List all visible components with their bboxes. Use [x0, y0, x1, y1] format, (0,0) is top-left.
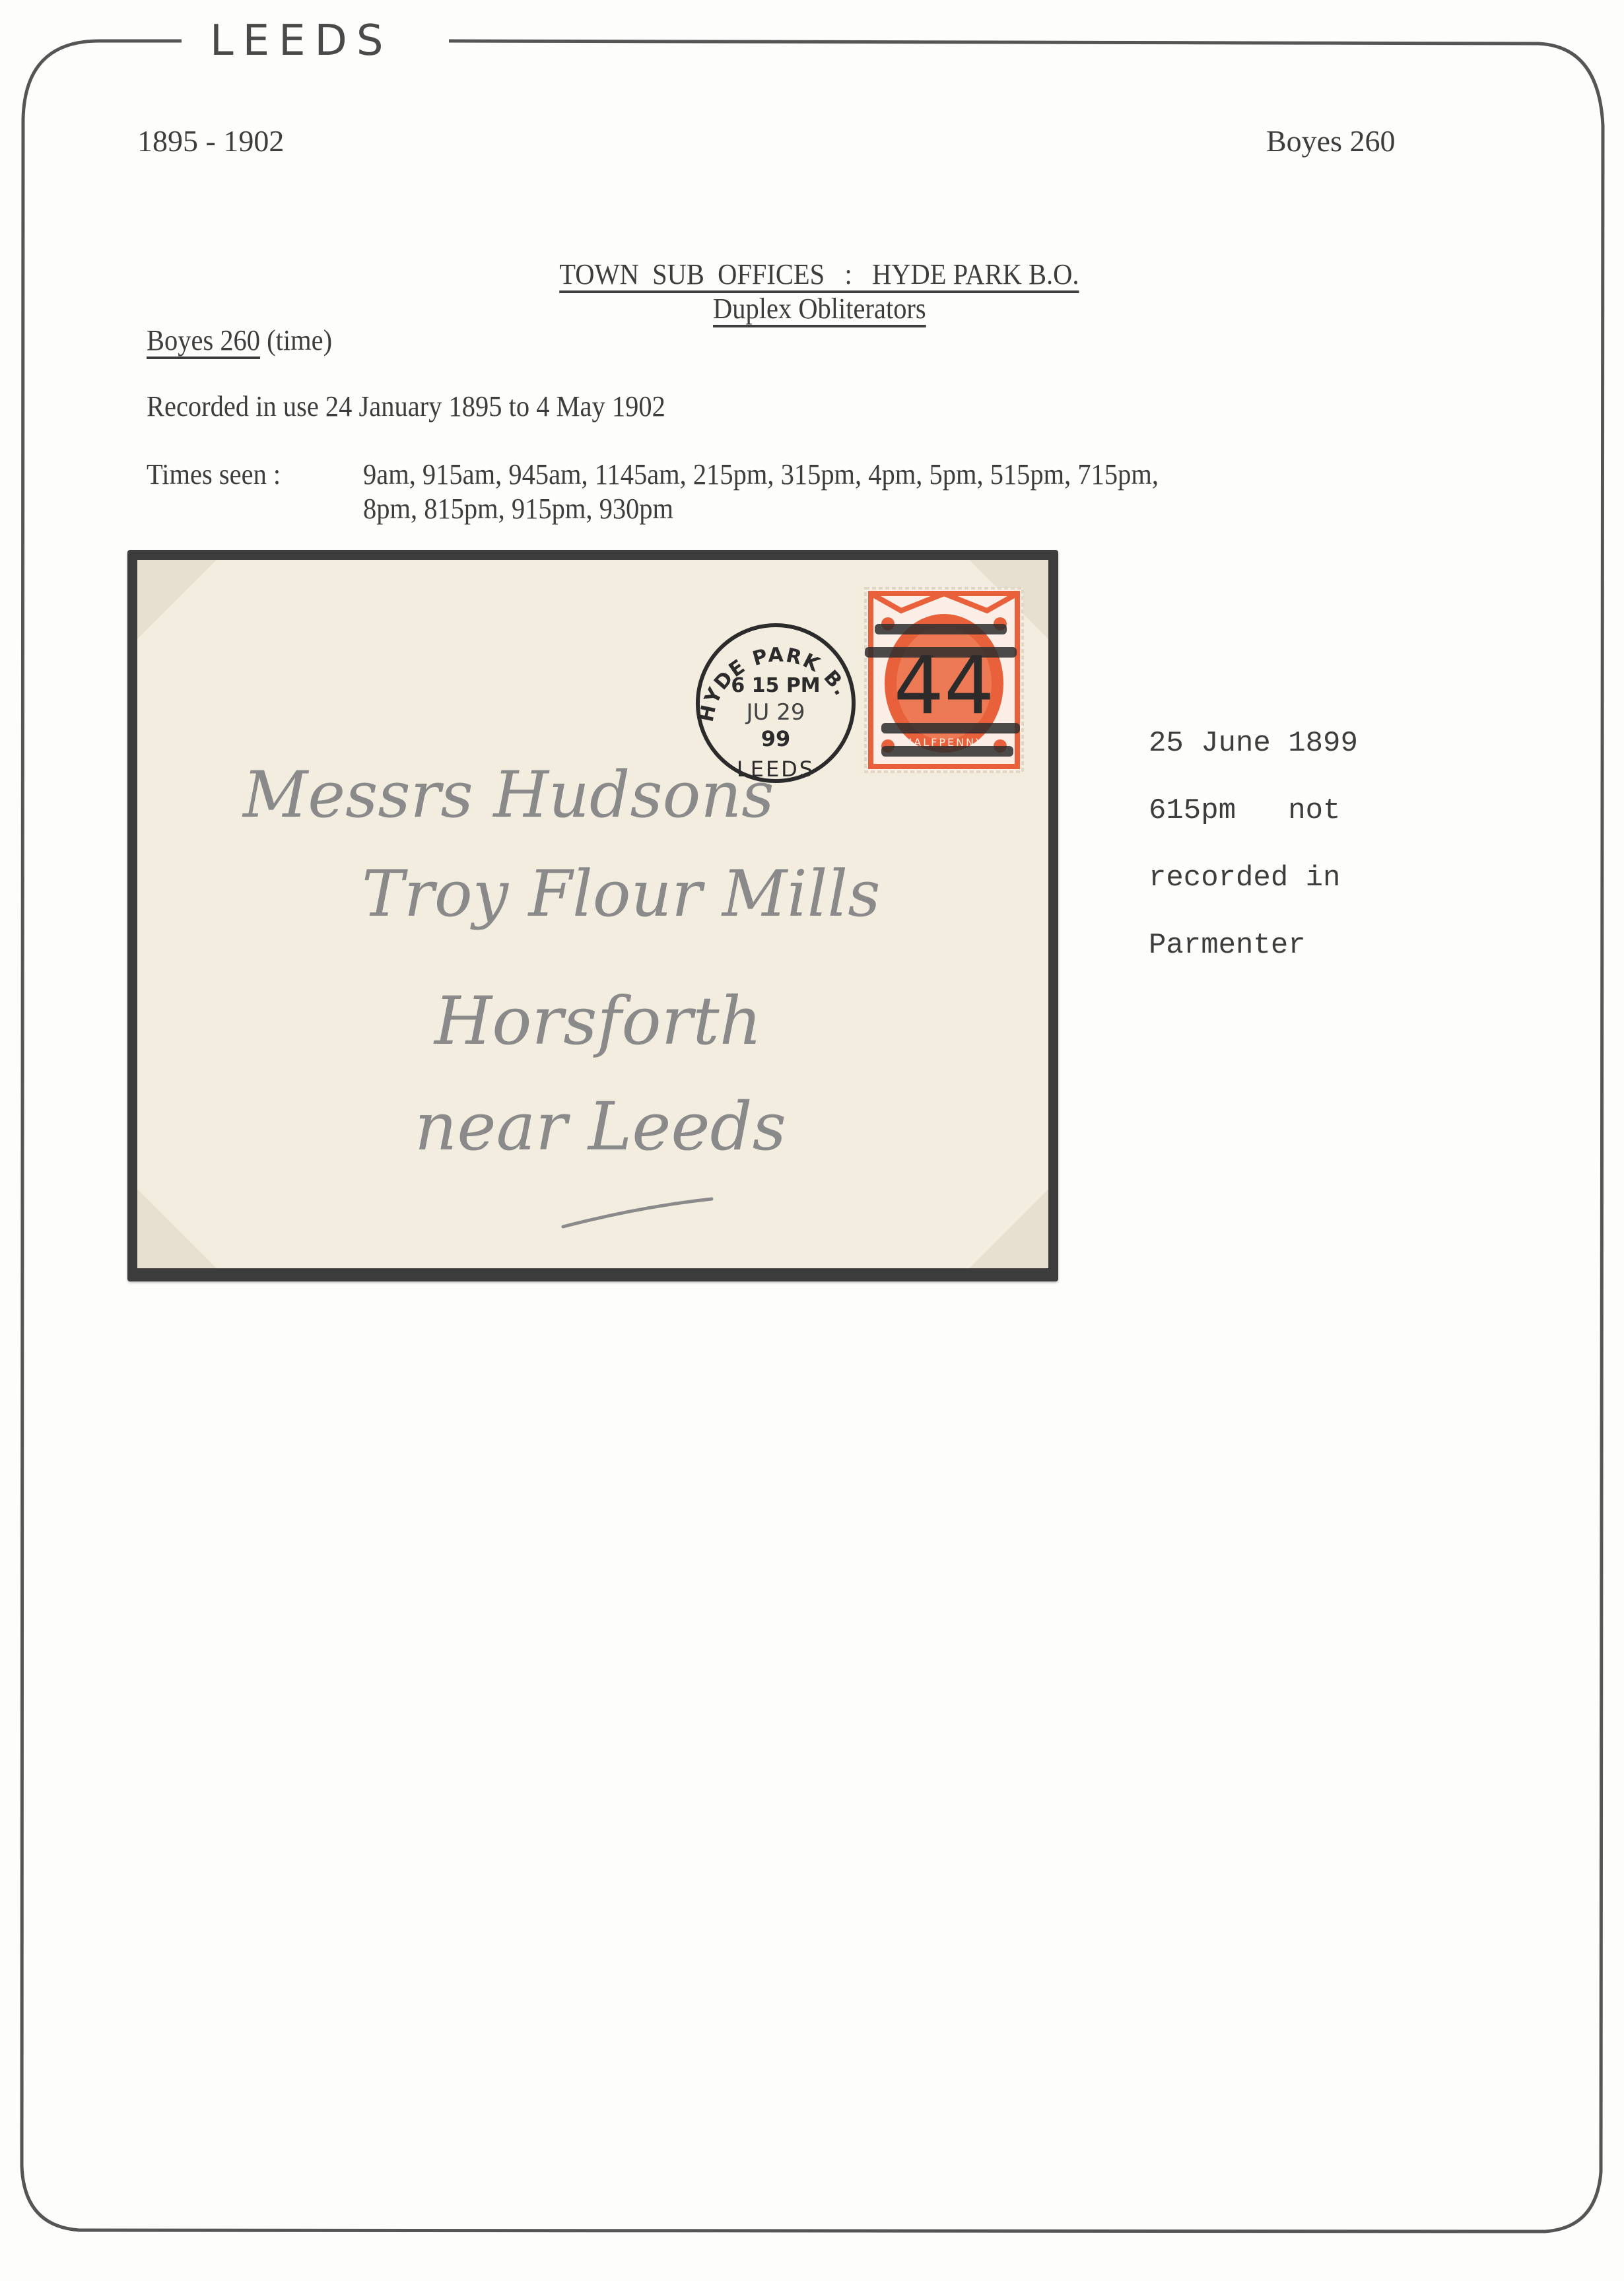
halfpenny-stamp: HALFPENNY 44 — [862, 584, 1027, 776]
postmark-year: 99 — [761, 726, 791, 751]
period-range: 1895 - 1902 — [137, 124, 284, 158]
postmark-cds: HYDE PARK B.O 6 15 PM JU 29 99 LEEDS — [687, 614, 865, 792]
type-ref-suffix: (time) — [260, 324, 332, 357]
type-reference: Boyes 260 (time) — [147, 323, 332, 358]
annotation-source: Parmenter — [1149, 928, 1306, 963]
address-line-3: Horsforth — [434, 982, 762, 1060]
mount-corner — [969, 1189, 1048, 1268]
recorded-use: Recorded in use 24 January 1895 to 4 May… — [147, 390, 665, 424]
times-seen-line-2: 8pm, 815pm, 915pm, 930pm — [363, 492, 673, 526]
times-seen-label: Times seen : — [147, 458, 287, 492]
postmark-date: JU 29 — [745, 699, 805, 726]
mount-corner — [137, 1189, 217, 1268]
page-subheading: Duplex Obliterators — [0, 257, 1624, 326]
annotation-date: 25 June 1899 — [1149, 726, 1358, 761]
underline-stroke — [560, 1194, 718, 1233]
annotation-time: 615pm not — [1149, 794, 1340, 828]
catalogue-reference: Boyes 260 — [1266, 124, 1396, 158]
type-ref-link: Boyes 260 — [147, 324, 260, 357]
annotation-note: recorded in — [1149, 861, 1340, 895]
heading-line-2: Duplex Obliterators — [713, 292, 926, 326]
obliterator-number: 44 — [894, 640, 995, 732]
address-line-2: Troy Flour Mills — [362, 857, 880, 931]
postmark-town: LEEDS — [737, 757, 815, 782]
album-header-leeds: LEEDS — [198, 15, 404, 67]
mount-corner — [137, 560, 217, 639]
postmark-time: 6 15 PM — [731, 674, 820, 697]
address-line-4: near Leeds — [415, 1088, 786, 1165]
times-seen-line-1: 9am, 915am, 945am, 1145am, 215pm, 315pm,… — [363, 458, 1159, 492]
